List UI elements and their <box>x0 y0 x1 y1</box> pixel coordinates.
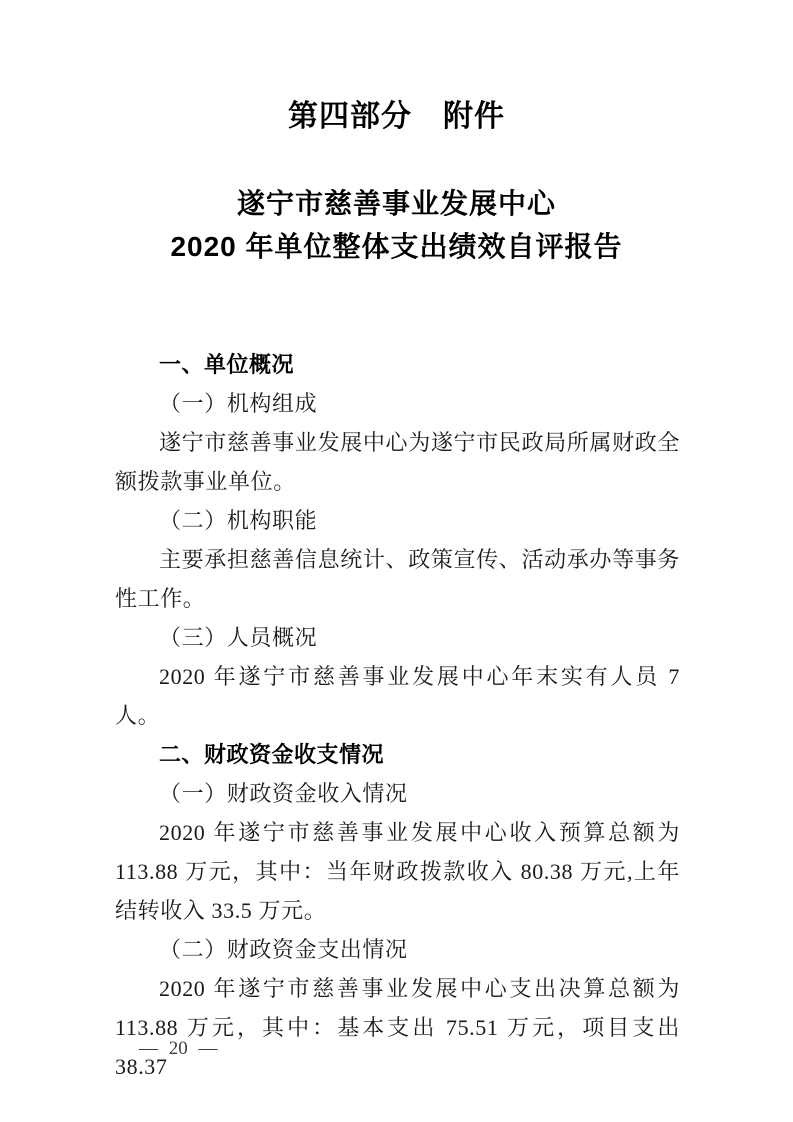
page-footer: — 20 — <box>139 1038 218 1060</box>
doc-block-paragraph: 2020 年遂宁市慈善事业发展中心收入预算总额为 113.88 万元，其中：当年… <box>115 813 680 930</box>
doc-block-heading: 二、财政资金收支情况 <box>115 735 680 774</box>
doc-block-subheading: （二）机构职能 <box>115 501 680 540</box>
doc-block-subheading: （三）人员概况 <box>115 618 680 657</box>
document-body: 一、单位概况（一）机构组成遂宁市慈善事业发展中心为遂宁市民政局所属财政全额拨款事… <box>115 345 680 1086</box>
doc-block-subheading: （二）财政资金支出情况 <box>115 930 680 969</box>
doc-block-subheading: （一）机构组成 <box>115 384 680 423</box>
section-title: 第四部分 附件 <box>0 0 793 136</box>
doc-block-paragraph: 2020 年遂宁市慈善事业发展中心支出决算总额为 113.88 万元，其中：基本… <box>115 969 680 1086</box>
doc-block-heading: 一、单位概况 <box>115 345 680 384</box>
doc-block-paragraph: 2020 年遂宁市慈善事业发展中心年末实有人员 7 人。 <box>115 657 680 735</box>
doc-block-subheading: （一）财政资金收入情况 <box>115 774 680 813</box>
document-page: 第四部分 附件 遂宁市慈善事业发展中心 2020 年单位整体支出绩效自评报告 一… <box>0 0 793 1122</box>
report-title: 遂宁市慈善事业发展中心 2020 年单位整体支出绩效自评报告 <box>0 182 793 268</box>
page-number: — 20 — <box>139 1038 218 1059</box>
report-title-line1: 遂宁市慈善事业发展中心 <box>0 182 793 225</box>
doc-block-paragraph: 遂宁市慈善事业发展中心为遂宁市民政局所属财政全额拨款事业单位。 <box>115 423 680 501</box>
report-title-line2: 2020 年单位整体支出绩效自评报告 <box>0 225 793 268</box>
doc-block-paragraph: 主要承担慈善信息统计、政策宣传、活动承办等事务性工作。 <box>115 540 680 618</box>
